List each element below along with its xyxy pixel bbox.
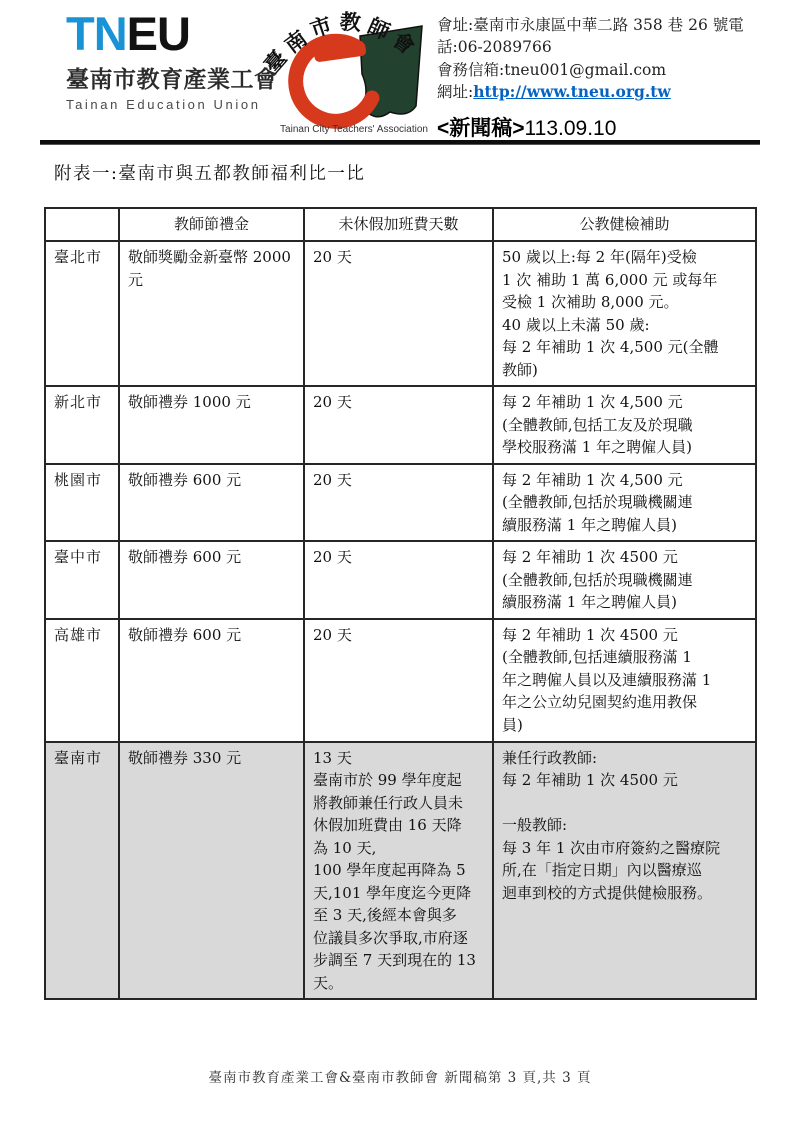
contact-email-line: 會務信箱:tneu001@gmail.com bbox=[437, 59, 793, 81]
table-header-row: 教師節禮金 未休假加班費天數 公教健檢補助 bbox=[45, 208, 756, 241]
health-cell: 兼任行政教師: 每 2 年補助 1 次 4500 元 一般教師: 每 3 年 1… bbox=[493, 742, 756, 1000]
tcta-caption: Tainan City Teachers' Association bbox=[280, 124, 428, 135]
city-name: 臺中市 bbox=[45, 541, 119, 619]
website-link[interactable]: http://www.tneu.org.tw bbox=[473, 82, 671, 101]
tneu-acronym-black: EU bbox=[127, 7, 190, 60]
contact-block: 會址:臺南市永康區中華二路 358 巷 26 號電 話:06-2089766 會… bbox=[437, 14, 793, 144]
gift-cell: 敬師禮券 1000 元 bbox=[119, 386, 304, 464]
tneu-name-chinese: 臺南市教育產業工會 bbox=[66, 61, 256, 94]
website-label: 網址: bbox=[437, 83, 473, 101]
days-cell: 20 天 bbox=[304, 241, 493, 386]
city-name: 臺南市 bbox=[45, 742, 119, 1000]
city-name: 臺北市 bbox=[45, 241, 119, 386]
tneu-name-english: Tainan Education Union bbox=[66, 97, 256, 112]
tneu-acronym: TNEU bbox=[66, 10, 256, 57]
table-row-taipei: 臺北市 敬師獎勵金新臺幣 2000 元 20 天 50 歲以上:每 2 年(隔年… bbox=[45, 241, 756, 386]
health-cell: 每 2 年補助 1 次 4,500 元 (全體教師,包括工友及於現職 學校服務滿… bbox=[493, 386, 756, 464]
health-cell: 每 2 年補助 1 次 4500 元 (全體教師,包括連續服務滿 1 年之聘僱人… bbox=[493, 619, 756, 742]
days-cell: 20 天 bbox=[304, 464, 493, 542]
page-footer: 臺南市教育產業工會&臺南市教師會 新聞稿第 3 頁,共 3 頁 bbox=[0, 1066, 800, 1086]
days-cell: 13 天 臺南市於 99 學年度起 將教師兼任行政人員未 休假加班費由 16 天… bbox=[304, 742, 493, 1000]
press-release-page: TNEU 臺南市教育產業工會 Tainan Education Union 臺南… bbox=[0, 0, 800, 1131]
days-cell: 20 天 bbox=[304, 386, 493, 464]
header-gift: 教師節禮金 bbox=[119, 208, 304, 241]
gift-cell: 敬師禮券 600 元 bbox=[119, 619, 304, 742]
table-row-kaohsiung: 高雄市 敬師禮券 600 元 20 天 每 2 年補助 1 次 4500 元 (… bbox=[45, 619, 756, 742]
header-health: 公教健檢補助 bbox=[493, 208, 756, 241]
press-release-date: 113.09.10 bbox=[525, 117, 617, 140]
contact-phone-line: 話:06-2089766 bbox=[437, 36, 793, 58]
table-row-taichung: 臺中市 敬師禮券 600 元 20 天 每 2 年補助 1 次 4500 元 (… bbox=[45, 541, 756, 619]
contact-address-line1: 會址:臺南市永康區中華二路 358 巷 26 號電 bbox=[437, 14, 793, 36]
header-divider-rule bbox=[40, 140, 760, 145]
health-cell: 50 歲以上:每 2 年(隔年)受檢 1 次 補助 1 萬 6,000 元 或每… bbox=[493, 241, 756, 386]
attachment-title: 附表一:臺南市與五都教師福利比一比 bbox=[54, 160, 365, 185]
city-name: 桃園市 bbox=[45, 464, 119, 542]
press-release-tag: <新聞稿> bbox=[437, 117, 525, 140]
table-row-taoyuan: 桃園市 敬師禮券 600 元 20 天 每 2 年補助 1 次 4,500 元 … bbox=[45, 464, 756, 542]
tcta-logo-graphic: 臺南市教師會 Tainan City Teachers' Association bbox=[262, 6, 432, 138]
header-days: 未休假加班費天數 bbox=[304, 208, 493, 241]
benefits-comparison-table: 教師節禮金 未休假加班費天數 公教健檢補助 臺北市 敬師獎勵金新臺幣 2000 … bbox=[44, 207, 757, 1000]
tcta-logo: 臺南市教師會 Tainan City Teachers' Association bbox=[262, 6, 432, 138]
tneu-acronym-blue: TN bbox=[66, 7, 127, 60]
gift-cell: 敬師禮券 600 元 bbox=[119, 464, 304, 542]
tneu-logo: TNEU 臺南市教育產業工會 Tainan Education Union bbox=[66, 10, 256, 112]
days-cell: 20 天 bbox=[304, 541, 493, 619]
health-cell: 每 2 年補助 1 次 4500 元 (全體教師,包括於現職機關連 續服務滿 1… bbox=[493, 541, 756, 619]
header-corner-cell bbox=[45, 208, 119, 241]
gift-cell: 敬師禮券 600 元 bbox=[119, 541, 304, 619]
health-cell: 每 2 年補助 1 次 4,500 元 (全體教師,包括於現職機關連 續服務滿 … bbox=[493, 464, 756, 542]
contact-website-line: 網址:http://www.tneu.org.tw bbox=[437, 81, 793, 103]
gift-cell: 敬師禮券 330 元 bbox=[119, 742, 304, 1000]
city-name: 高雄市 bbox=[45, 619, 119, 742]
days-cell: 20 天 bbox=[304, 619, 493, 742]
gift-cell: 敬師獎勵金新臺幣 2000 元 bbox=[119, 241, 304, 386]
table-row-tainan-highlighted: 臺南市 敬師禮券 330 元 13 天 臺南市於 99 學年度起 將教師兼任行政… bbox=[45, 742, 756, 1000]
city-name: 新北市 bbox=[45, 386, 119, 464]
table-row-newtaipei: 新北市 敬師禮券 1000 元 20 天 每 2 年補助 1 次 4,500 元… bbox=[45, 386, 756, 464]
